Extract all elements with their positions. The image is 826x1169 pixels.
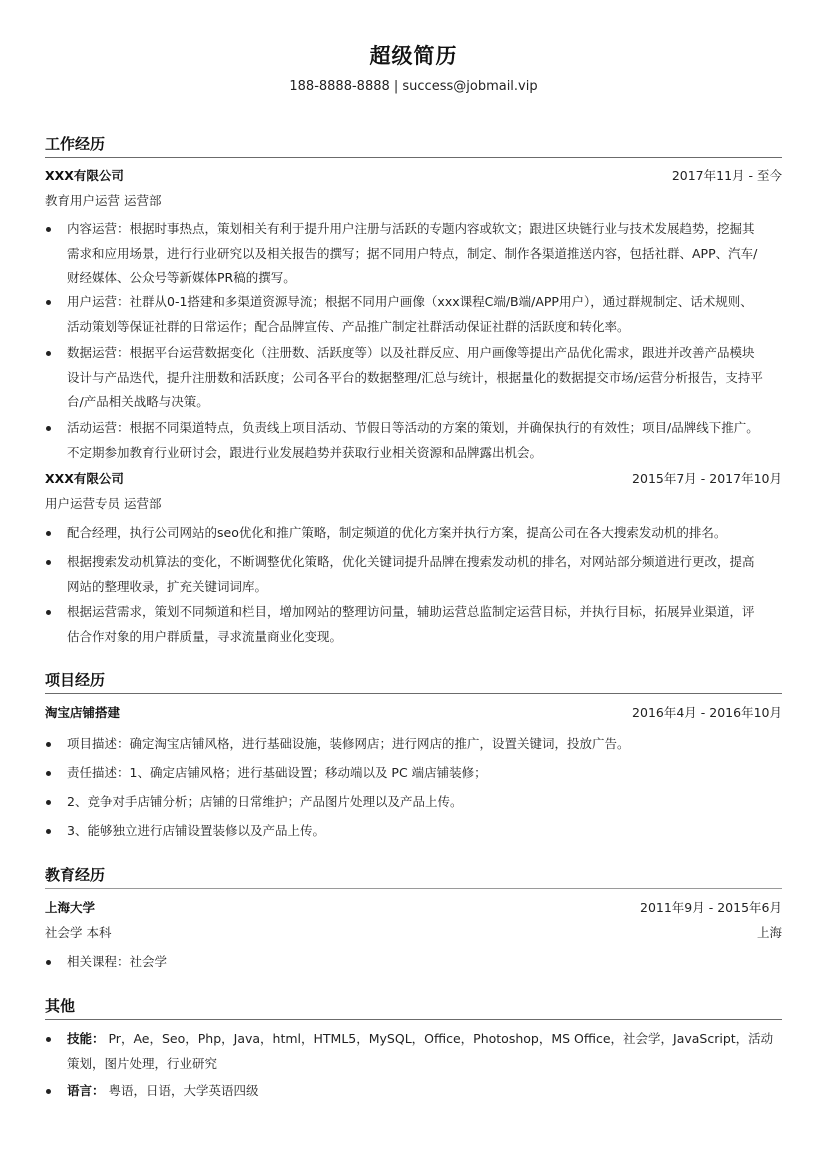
bullet-line: 财经媒体、公众号等新媒体PR稿的撰写。 — [67, 266, 782, 291]
list-item-skills: 技能： Pr，Ae，Seo，Php，Java，html，HTML5，MySQL，… — [67, 1027, 782, 1076]
company-name: XXX有限公司 — [45, 469, 124, 489]
bullet-line: 用户运营：社群从0-1搭建和多渠道资源导流；根据不同用户画像（xxx课程C端/B… — [67, 290, 782, 315]
list-item: 根据搜索发动机算法的变化，不断调整优化策略，优化关键词提升品牌在搜索发动机的排名… — [67, 550, 782, 599]
school-location: 上海 — [757, 923, 782, 943]
job-role-row: 教育用户运营 运营部 — [45, 191, 782, 211]
education-date: 2011年9月 - 2015年6月 — [640, 898, 782, 918]
project-name: 淘宝店铺搭建 — [45, 703, 120, 723]
bullet-icon — [46, 742, 51, 747]
list-item: 内容运营：根据时事热点，策划相关有利于提升用户注册与活跃的专题内容或软文；跟进区… — [67, 217, 782, 291]
bullet-line: 项目描述：确定淘宝店铺风格，进行基础设施，装修网店；进行网店的推广，设置关键词，… — [67, 732, 782, 757]
bullet-line: 语言： 粤语，日语，大学英语四级 — [67, 1079, 782, 1104]
bullet-icon — [46, 610, 51, 615]
bullet-line: 网站的整理收录，扩充关键词词库。 — [67, 575, 782, 600]
job-header: XXX有限公司 2015年7月 - 2017年10月 — [45, 469, 782, 489]
list-item: 用户运营：社群从0-1搭建和多渠道资源导流；根据不同用户画像（xxx课程C端/B… — [67, 290, 782, 339]
bullet-line: 估合作对象的用户群质量，寻求流量商业化变现。 — [67, 625, 782, 650]
skills-value: Pr，Ae，Seo，Php，Java，html，HTML5，MySQL，Offi… — [105, 1031, 774, 1046]
bullet-line: 设计与产品迭代，提升注册数和活跃度；公司各平台的数据整理/汇总与统计，根据量化的… — [67, 366, 782, 391]
section-title-other: 其他 — [45, 995, 75, 1016]
project-date: 2016年4月 - 2016年10月 — [632, 703, 782, 723]
languages-value: 粤语，日语，大学英语四级 — [105, 1083, 259, 1098]
job-role-row: 用户运营专员 运营部 — [45, 494, 782, 514]
list-item: 2、竞争对手店铺分析；店铺的日常维护；产品图片处理以及产品上传。 — [67, 790, 782, 815]
education-header: 上海大学 2011年9月 - 2015年6月 — [45, 898, 782, 918]
job-date: 2017年11月 - 至今 — [672, 166, 782, 186]
list-item: 配合经理，执行公司网站的seo优化和推广策略，制定频道的优化方案并执行方案，提高… — [67, 521, 782, 546]
bullet-icon — [46, 771, 51, 776]
bullet-line: 根据运营需求，策划不同频道和栏目，增加网站的整理访问量，辅助运营总监制定运营目标… — [67, 600, 782, 625]
list-item: 活动运营：根据不同渠道特点，负责线上项目活动、节假日等活动的方案的策划，并确保执… — [67, 416, 782, 465]
bullet-line: 内容运营：根据时事热点，策划相关有利于提升用户注册与活跃的专题内容或软文；跟进区… — [67, 217, 782, 242]
bullet-line: 台/产品相关战略与决策。 — [67, 390, 782, 415]
bullet-line: 配合经理，执行公司网站的seo优化和推广策略，制定频道的优化方案并执行方案，提高… — [67, 521, 782, 546]
list-item: 相关课程：社会学 — [67, 950, 782, 975]
section-divider — [45, 888, 782, 889]
bullet-line: 不定期参加教育行业研讨会，跟进行业发展趋势并获取行业相关资源和品牌露出机会。 — [67, 441, 782, 466]
bullet-icon — [46, 1037, 51, 1042]
bullet-line: 相关课程：社会学 — [67, 950, 782, 975]
job-header: XXX有限公司 2017年11月 - 至今 — [45, 166, 782, 186]
section-title-education: 教育经历 — [45, 864, 105, 885]
bullet-icon — [46, 560, 51, 565]
bullet-icon — [46, 351, 51, 356]
bullet-icon — [46, 300, 51, 305]
section-title-project: 项目经历 — [45, 669, 105, 690]
bullet-icon — [46, 829, 51, 834]
bullet-line: 活动策划等保证社群的日常运作；配合品牌宣传、产品推广制定社群活动保证社群的活跃度… — [67, 315, 782, 340]
bullet-icon — [46, 1089, 51, 1094]
section-divider — [45, 1019, 782, 1020]
list-item: 根据运营需求，策划不同频道和栏目，增加网站的整理访问量，辅助运营总监制定运营目标… — [67, 600, 782, 649]
list-item: 责任描述：1、确定店铺风格；进行基础设置；移动端以及 PC 端店铺装修； — [67, 761, 782, 786]
major-degree: 社会学 本科 — [45, 923, 111, 943]
bullet-line: 根据搜索发动机算法的变化，不断调整优化策略，优化关键词提升品牌在搜索发动机的排名… — [67, 550, 782, 575]
bullet-icon — [46, 426, 51, 431]
job-date: 2015年7月 - 2017年10月 — [632, 469, 782, 489]
bullet-line: 2、竞争对手店铺分析；店铺的日常维护；产品图片处理以及产品上传。 — [67, 790, 782, 815]
bullet-icon — [46, 800, 51, 805]
section-divider — [45, 693, 782, 694]
company-name: XXX有限公司 — [45, 166, 124, 186]
bullet-icon — [46, 227, 51, 232]
project-header: 淘宝店铺搭建 2016年4月 - 2016年10月 — [45, 703, 782, 723]
bullet-line: 数据运营：根据平台运营数据变化（注册数、活跃度等）以及社群反应、用户画像等提出产… — [67, 341, 782, 366]
list-item-languages: 语言： 粤语，日语，大学英语四级 — [67, 1079, 782, 1104]
job-role: 教育用户运营 运营部 — [45, 191, 161, 211]
list-item: 3、能够独立进行店铺设置装修以及产品上传。 — [67, 819, 782, 844]
languages-label: 语言： — [67, 1083, 105, 1098]
list-item: 项目描述：确定淘宝店铺风格，进行基础设施，装修网店；进行网店的推广，设置关键词，… — [67, 732, 782, 757]
list-item: 数据运营：根据平台运营数据变化（注册数、活跃度等）以及社群反应、用户画像等提出产… — [67, 341, 782, 415]
bullet-line: 3、能够独立进行店铺设置装修以及产品上传。 — [67, 819, 782, 844]
bullet-line: 需求和应用场景，进行行业研究以及相关报告的撰写；据不同用户特点，制定、制作各渠道… — [67, 242, 782, 267]
bullet-icon — [46, 531, 51, 536]
bullet-line: 策划，图片处理，行业研究 — [67, 1052, 782, 1077]
bullet-icon — [46, 960, 51, 965]
bullet-line: 责任描述：1、确定店铺风格；进行基础设置；移动端以及 PC 端店铺装修； — [67, 761, 782, 786]
bullet-line: 技能： Pr，Ae，Seo，Php，Java，html，HTML5，MySQL，… — [67, 1027, 782, 1052]
bullet-line: 活动运营：根据不同渠道特点，负责线上项目活动、节假日等活动的方案的策划，并确保执… — [67, 416, 782, 441]
resume-title: 超级简历 — [45, 40, 782, 70]
section-title-work: 工作经历 — [45, 133, 105, 154]
contact-info: 188-8888-8888 | success@jobmail.vip — [45, 79, 782, 94]
job-role: 用户运营专员 运营部 — [45, 494, 161, 514]
skills-label: 技能： — [67, 1031, 105, 1046]
school-name: 上海大学 — [45, 898, 95, 918]
section-divider — [45, 157, 782, 158]
education-detail-row: 社会学 本科 上海 — [45, 923, 782, 943]
